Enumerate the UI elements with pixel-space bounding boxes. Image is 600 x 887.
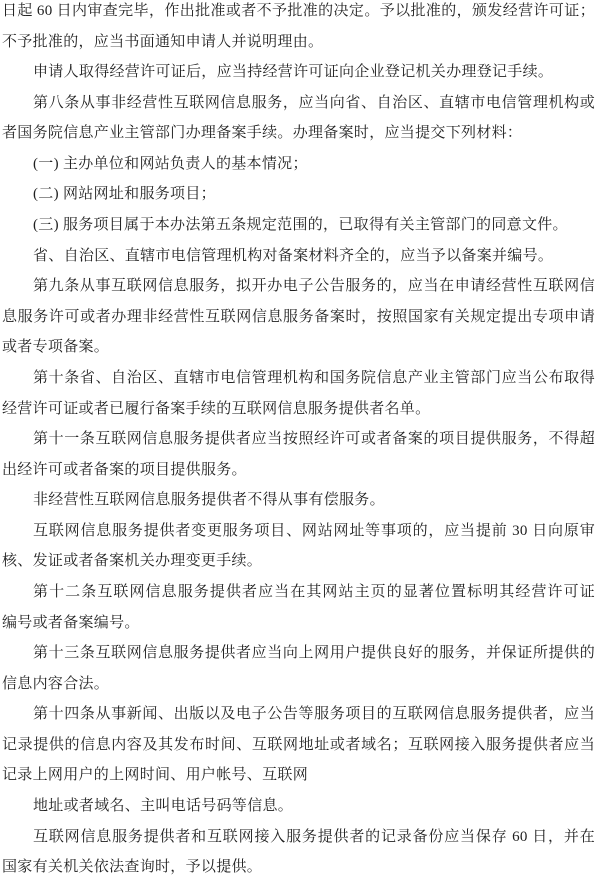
text-line: 息服务许可或者办理非经营性互联网信息服务备案时，按照国家有关规定提出专项申请 bbox=[2, 302, 595, 333]
text-line: 经营许可证或者已履行备案手续的互联网信息服务提供者名单。 bbox=[2, 394, 595, 425]
text-line: 出经许可或者备案的项目提供服务。 bbox=[2, 455, 595, 486]
text-line: 国家有关机关依法查询时，予以提供。 bbox=[2, 852, 595, 883]
text-line: 编号或者备案编号。 bbox=[2, 608, 595, 639]
text-line: 记录提供的信息内容及其发布时间、互联网地址或者域名；互联网接入服务提供者应当 bbox=[2, 730, 595, 761]
text-line: 地址或者域名、主叫电话号码等信息。 bbox=[2, 791, 595, 822]
text-line: 第十四条从事新闻、出版以及电子公告等服务项目的互联网信息服务提供者，应当 bbox=[2, 699, 595, 730]
text-line: 记录上网用户的上网时间、用户帐号、互联网 bbox=[2, 760, 595, 791]
text-line: 互联网信息服务提供者和互联网接入服务提供者的记录备份应当保存 60 日，并在 bbox=[2, 822, 595, 853]
text-line: 第八条从事非经营性互联网信息服务，应当向省、自治区、直辖市电信管理机构或 bbox=[2, 88, 595, 119]
text-line: 核、发证或者备案机关办理变更手续。 bbox=[2, 546, 595, 577]
text-line: 第十三条互联网信息服务提供者应当向上网用户提供良好的服务，并保证所提供的 bbox=[2, 638, 595, 669]
document-text-block: 日起 60 日内审查完毕，作出批准或者不予批准的决定。予以批准的，颁发经营许可证… bbox=[2, 0, 595, 883]
text-line: 或者专项备案。 bbox=[2, 332, 595, 363]
text-line: 互联网信息服务提供者变更服务项目、网站网址等事项的，应当提前 30 日向原审 bbox=[2, 516, 595, 547]
text-line: 日起 60 日内审查完毕，作出批准或者不予批准的决定。予以批准的，颁发经营许可证… bbox=[2, 0, 595, 27]
text-line: (二) 网站网址和服务项目； bbox=[2, 179, 595, 210]
text-line: 省、自治区、直辖市电信管理机构对备案材料齐全的，应当予以备案并编号。 bbox=[2, 241, 595, 272]
text-line: 者国务院信息产业主管部门办理备案手续。办理备案时，应当提交下列材料： bbox=[2, 118, 595, 149]
text-line: 不予批准的，应当书面通知申请人并说明理由。 bbox=[2, 27, 595, 58]
text-line: 申请人取得经营许可证后，应当持经营许可证向企业登记机关办理登记手续。 bbox=[2, 57, 595, 88]
text-line: 信息内容合法。 bbox=[2, 669, 595, 700]
text-line: 非经营性互联网信息服务提供者不得从事有偿服务。 bbox=[2, 485, 595, 516]
text-line: 第十条省、自治区、直辖市电信管理机构和国务院信息产业主管部门应当公布取得 bbox=[2, 363, 595, 394]
document-page: 日起 60 日内审查完毕，作出批准或者不予批准的决定。予以批准的，颁发经营许可证… bbox=[0, 0, 600, 887]
text-line: 第十二条互联网信息服务提供者应当在其网站主页的显著位置标明其经营许可证 bbox=[2, 577, 595, 608]
text-line: (三) 服务项目属于本办法第五条规定范围的，已取得有关主管部门的同意文件。 bbox=[2, 210, 595, 241]
text-line: 第十一条互联网信息服务提供者应当按照经许可或者备案的项目提供服务，不得超 bbox=[2, 424, 595, 455]
text-line: (一) 主办单位和网站负责人的基本情况； bbox=[2, 149, 595, 180]
text-line: 第九条从事互联网信息服务，拟开办电子公告服务的，应当在申请经营性互联网信 bbox=[2, 271, 595, 302]
